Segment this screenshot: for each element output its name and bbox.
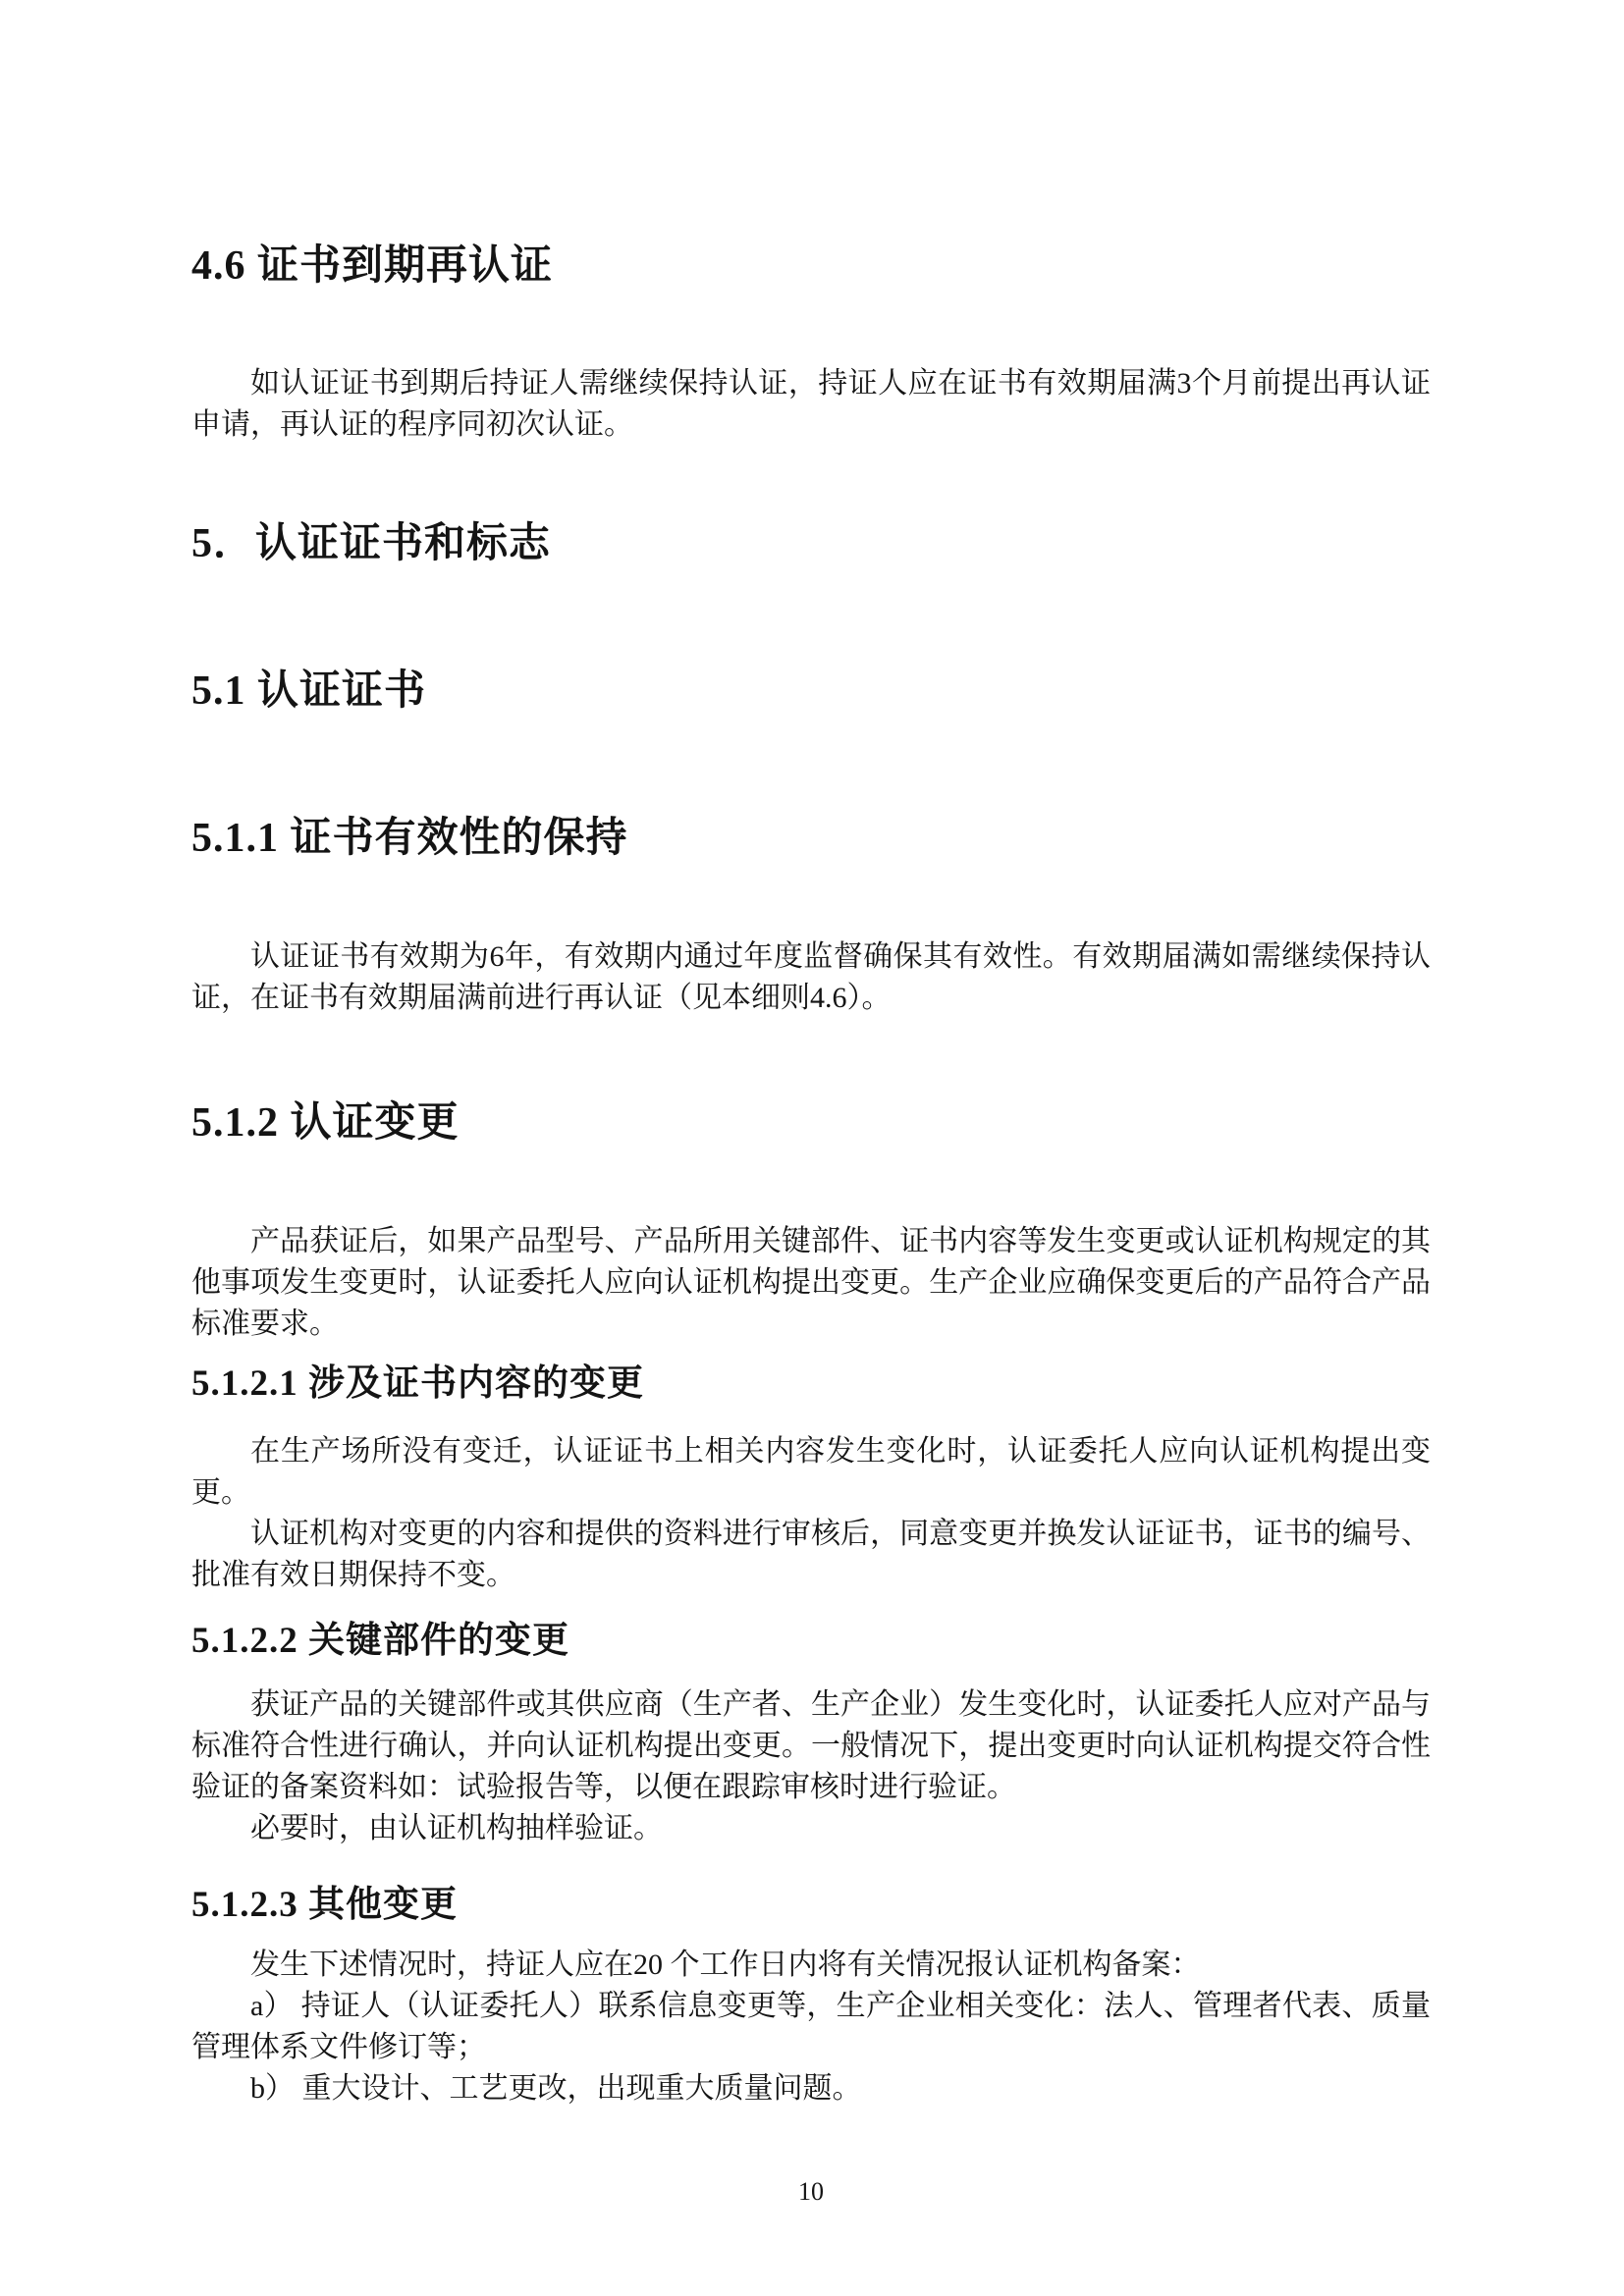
heading-5-1-2: 5.1.2 认证变更 xyxy=(191,1098,1431,1148)
paragraph-5-1-2-1-b: 认证机构对变更的内容和提供的资料进行审核后，同意变更并换发认证证书，证书的编号、… xyxy=(191,1514,1431,1596)
page-number: 10 xyxy=(191,2175,1431,2209)
heading-5-1: 5.1 认证证书 xyxy=(191,667,1431,716)
paragraph-5-1-2-1-a: 在生产场所没有变迁，认证证书上相关内容发生变化时，认证委托人应向认证机构提出变更… xyxy=(191,1431,1431,1514)
heading-5-1-2-3: 5.1.2.3 其他变更 xyxy=(191,1884,1431,1927)
paragraph-4-6: 如认证证书到期后持证人需继续保持认证，持证人应在证书有效期届满3个月前提出再认证… xyxy=(191,363,1431,446)
paragraph-5-1-2-3-intro: 发生下述情况时，持证人应在20 个工作日内将有关情况报认证机构备案： xyxy=(191,1945,1431,1986)
paragraph-5-1-1: 认证证书有效期为6年，有效期内通过年度监督确保其有效性。有效期届满如需继续保持认… xyxy=(191,936,1431,1019)
heading-5: 5．认证证书和标志 xyxy=(191,519,1431,568)
heading-5-1-1: 5.1.1 证书有效性的保持 xyxy=(191,814,1431,863)
paragraph-5-1-2-2-b: 必要时，由认证机构抽样验证。 xyxy=(191,1808,1431,1849)
heading-5-1-2-2: 5.1.2.2 关键部件的变更 xyxy=(191,1620,1431,1663)
paragraph-5-1-2-3-item-a: a） 持证人（认证委托人）联系信息变更等，生产企业相关变化：法人、管理者代表、质… xyxy=(191,1986,1431,2068)
document-content: 4.6 证书到期再认证 如认证证书到期后持证人需继续保持认证，持证人应在证书有效… xyxy=(191,0,1431,2209)
document-page: 4.6 证书到期再认证 如认证证书到期后持证人需继续保持认证，持证人应在证书有效… xyxy=(0,0,1624,2296)
paragraph-5-1-2: 产品获证后，如果产品型号、产品所用关键部件、证书内容等发生变更或认证机构规定的其… xyxy=(191,1221,1431,1345)
paragraph-5-1-2-3-item-b: b） 重大设计、工艺更改，出现重大质量问题。 xyxy=(191,2068,1431,2109)
heading-4-6: 4.6 证书到期再认证 xyxy=(191,241,1431,291)
heading-5-1-2-1: 5.1.2.1 涉及证书内容的变更 xyxy=(191,1362,1431,1406)
paragraph-5-1-2-2-a: 获证产品的关键部件或其供应商（生产者、生产企业）发生变化时，认证委托人应对产品与… xyxy=(191,1684,1431,1808)
